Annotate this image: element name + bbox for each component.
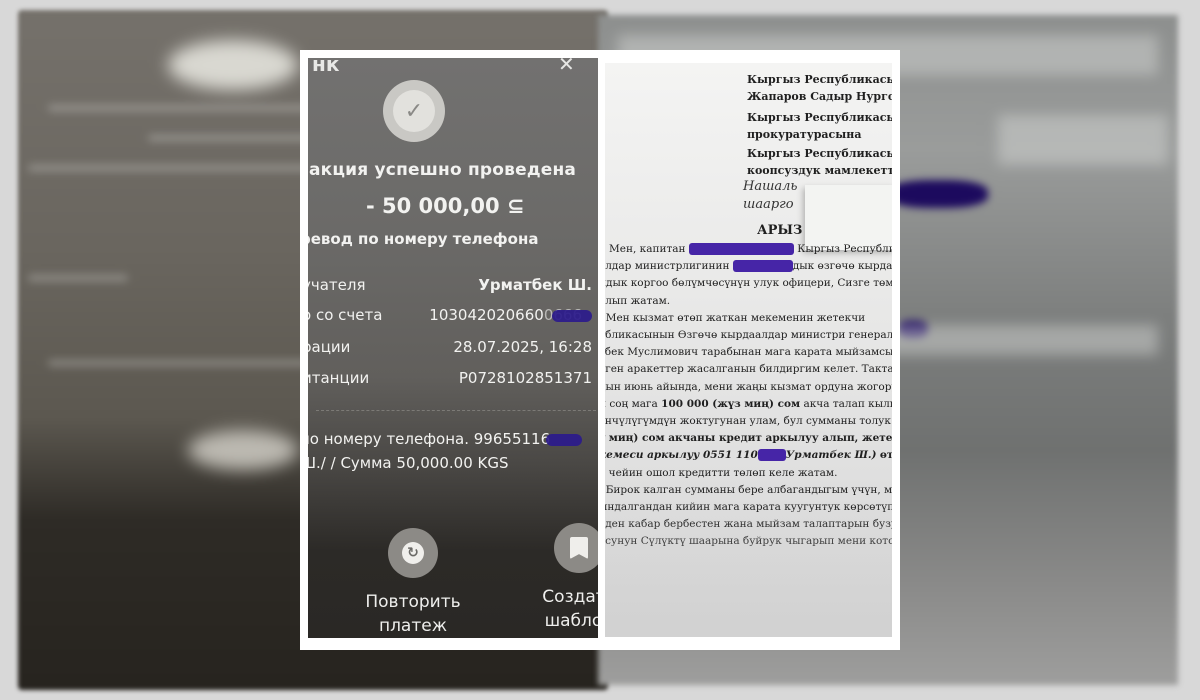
blurred-check-circle [168,40,298,90]
row-value: 28.07.2025, 16:28 [453,338,592,356]
row-value: 1030420206600666 [429,306,592,324]
row-label: итанции [308,369,369,387]
payment-description-line: по номеру телефона. 99655116 [308,430,582,448]
repeat-payment-button[interactable]: ↻ Повторить платеж [358,528,468,638]
addressee-security-committee: Кыргыз Республикасынын коопсуздук мамлек… [747,145,892,179]
redaction-mark [689,243,794,255]
handwritten-note: Нашаль шаарго [743,178,798,214]
page-shadow [605,503,892,637]
row-label: о со счета [308,306,382,324]
redaction-mark [733,260,793,272]
button-label: Создать шаблон [524,585,598,633]
blurred-note [998,115,1168,165]
payment-description-line: Ш./ / Сумма 50,000.00 KGS [308,454,508,472]
row-value: Урматбек Ш. [478,276,592,294]
account-number: 103042020660 [429,306,544,324]
repeat-icon: ↻ [388,528,438,578]
success-status-badge: ✓ [383,80,445,142]
blurred-button-circle [188,430,298,470]
collage-card: нк ✕ ✓ вакция успешно проведена - 50 000… [300,50,900,650]
blurred-redaction [888,180,988,208]
button-label: Повторить платеж [358,590,468,638]
row-label: рации [308,338,350,356]
bookmark-icon [554,523,598,573]
bank-receipt-photo: нк ✕ ✓ вакция успешно проведена - 50 000… [308,58,598,638]
divider [316,410,596,411]
addressee-prosecutor: Кыргыз Республикасынын А прокуратурасына [747,109,892,143]
create-template-button[interactable]: Создать шаблон [524,523,598,633]
redaction-mark [758,449,786,461]
redaction-mark [546,434,582,446]
complaint-document-photo: Кыргыз Республикасынын П Жапаров Садыр Н… [605,63,892,637]
bank-brand-fragment: нк [312,58,339,76]
row-value: P0728102851371 [459,369,592,387]
blurred-text [28,165,318,171]
blurred-text [148,135,318,141]
row-label: учателя [308,276,366,294]
blurred-text [28,275,128,281]
redaction-mark [552,310,592,322]
close-icon[interactable]: ✕ [558,58,575,76]
blurred-text [48,105,308,111]
document-title: АРЫЗ [757,223,802,238]
transaction-type: ревод по номеру телефона [308,230,538,248]
addressee-president: Кыргыз Республикасынын П Жапаров Садыр Н… [747,71,892,105]
transaction-status: вакция успешно проведена [308,160,576,180]
receipt-row-date: рации 28.07.2025, 16:28 [308,338,598,362]
transaction-amount: - 50 000,00 ⊆ [366,194,525,218]
blurred-text [48,360,308,366]
receipt-row-receipt-number: итанции P0728102851371 [308,369,598,393]
checkmark-icon: ✓ [393,90,435,132]
receipt-row-recipient: учателя Урматбек Ш. [308,276,598,300]
receipt-row-account: о со счета 1030420206600666 [308,306,598,330]
